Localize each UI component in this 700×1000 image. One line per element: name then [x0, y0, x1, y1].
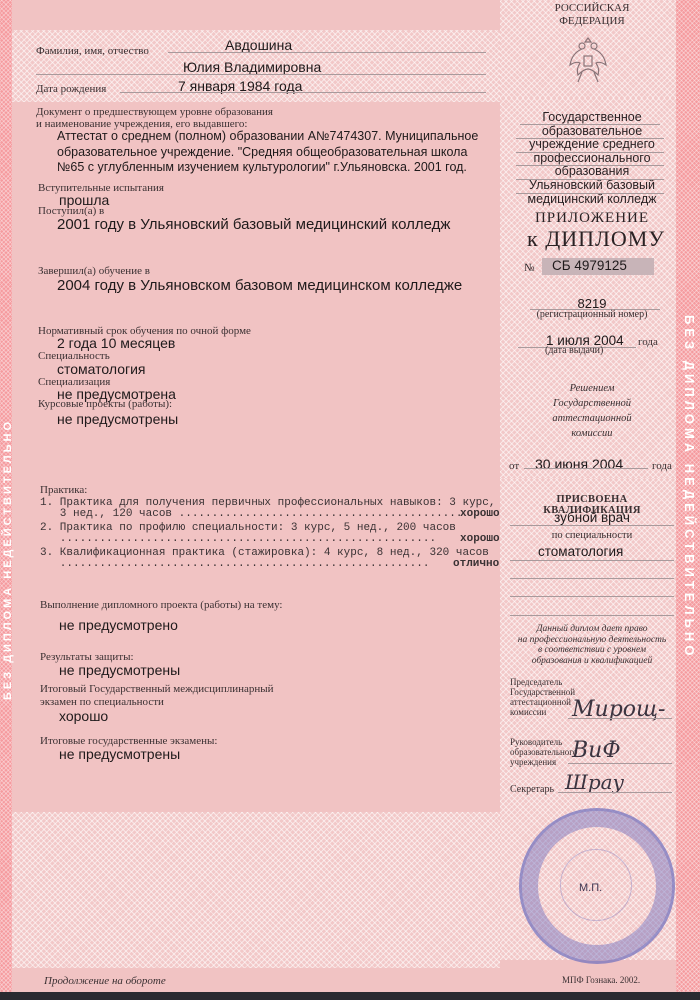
country-name: РОССИЙСКАЯ ФЕДЕРАЦИЯ [508, 2, 676, 28]
practice-3-grade: отлично [453, 558, 499, 570]
institution-name: Государственное образовательное учрежден… [508, 111, 676, 206]
prior-education-label-1: Документ о предшествующем уровне образов… [36, 106, 273, 118]
commission-decision: Решением Государственной аттестационной … [508, 381, 676, 441]
state-exams-value: не предусмотрены [59, 746, 180, 762]
stamp-place-label: М.П. [579, 882, 602, 894]
commission-specialty-value: стоматология [538, 544, 623, 559]
duration-value: 2 года 10 месяцев [57, 335, 175, 351]
prior-education-value-1: Аттестат о среднем (полном) образовании … [57, 129, 478, 143]
diploma-number: СБ 4979125 [542, 258, 654, 275]
continued-on-back-note: Продолжение на обороте [44, 975, 166, 987]
diploma-appendix-page: БЕЗ ДИПЛОМА НЕДЕЙСТВИТЕЛЬНО БЕЗ ДИПЛОМА … [0, 0, 700, 992]
printer-note: МПФ Гознака. 2002. [562, 975, 640, 985]
issue-date-caption: (дата выдачи) [545, 345, 603, 356]
prior-education-value-3: №65 с углубленным изучением культурологи… [57, 160, 467, 174]
enrolled-value: 2001 году в Ульяновский базовый медицинс… [57, 216, 450, 233]
exam-label-1: Итоговый Государственный междисциплинарн… [40, 683, 274, 695]
right-watermark-text: БЕЗ ДИПЛОМА НЕДЕЙСТВИТЕЛЬНО [682, 315, 697, 659]
chair-title: Председатель Государственной аттестацион… [510, 677, 575, 717]
practice-label: Практика: [40, 484, 87, 496]
exam-label-2: экзамен по специальности [40, 696, 164, 708]
birth-date-label: Дата рождения [36, 83, 106, 95]
registration-caption: (регистрационный номер) [508, 309, 676, 320]
issue-date-suffix: года [638, 336, 658, 348]
coursework-label: Курсовые проекты (работы): [38, 398, 172, 410]
left-watermark-text: БЕЗ ДИПЛОМА НЕДЕЙСТВИТЕЛЬНО [2, 419, 14, 700]
completed-value: 2004 году в Ульяновском базовом медицинс… [57, 277, 462, 294]
secretary-signature: Шрау [565, 770, 624, 794]
commission-date-prefix: от [509, 460, 519, 472]
practice-2-grade: хорошо [460, 533, 500, 545]
commission-date: 30 июня 2004 [535, 456, 623, 472]
thesis-value: не предусмотрено [59, 617, 178, 633]
title-appendix: ПРИЛОЖЕНИЕ [508, 210, 676, 227]
commission-specialty-label: по специальности [508, 530, 676, 541]
head-signature: ВиФ [572, 738, 621, 763]
bottom-blank-band [12, 812, 500, 968]
specialty-value: стоматология [57, 361, 146, 377]
rights-statement: Данный диплом дает право на профессионал… [508, 624, 676, 666]
practice-1-grade: хорошо [460, 508, 500, 520]
name-patronymic-value: Юлия Владимировна [183, 59, 321, 75]
defense-value: не предусмотрены [59, 662, 180, 678]
surname-value: Авдошина [225, 37, 292, 53]
number-sign: № [524, 262, 535, 274]
thesis-label: Выполнение дипломного проекта (работы) н… [40, 599, 282, 611]
coursework-value: не предусмотрены [57, 411, 178, 427]
practice-1-line2: 3 нед., 120 часов ......................… [40, 508, 462, 520]
prior-education-value-2: образовательное учреждение. "Средняя общ… [57, 145, 467, 159]
practice-3-line2: ........................................… [40, 558, 429, 570]
practice-2-line2: ........................................… [40, 533, 436, 545]
completed-label: Завершил(а) обучение в [38, 265, 150, 277]
title-to-diploma: к ДИПЛОМУ [512, 226, 680, 252]
exam-value: хорошо [59, 708, 108, 724]
qualification-value: зубной врач [508, 510, 676, 525]
scan-bottom-edge [0, 992, 700, 1000]
fio-label: Фамилия, имя, отчество [36, 45, 149, 57]
secretary-label: Секретарь [510, 784, 554, 795]
commission-date-suffix: года [652, 460, 672, 472]
coat-of-arms-icon [568, 34, 608, 86]
